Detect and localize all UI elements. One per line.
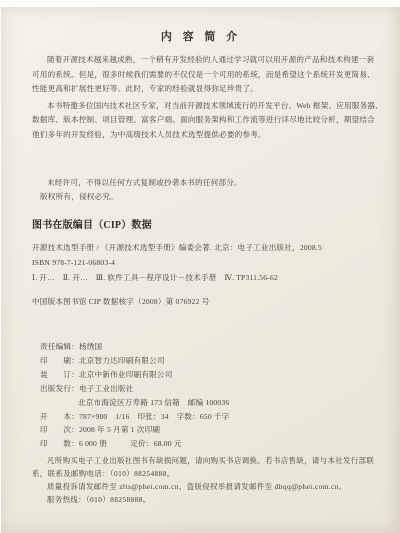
colophon-row: 责任编辑：杨绣国 xyxy=(40,340,370,354)
intro-paragraph-2: 本书特邀多位国内技术社区专家，对当前开源技术领域流行的开发平台、Web 框架、应… xyxy=(32,99,370,143)
colophon-row: 开 本：787×980 1/16 印张：34 字数：650 千字 xyxy=(40,410,370,424)
colophon-row: 印 次：2008 年 5 月第 1 次印刷 xyxy=(40,423,370,437)
colophon-value: 北京市海淀区万寿路 173 信箱 邮编 100036 xyxy=(78,398,229,407)
intro-paragraph-1: 随着开源技术越来越成熟，一个稍有开发经验的人通过学习就可以用开源的产品和技术构建… xyxy=(32,53,370,97)
colophon-row: 印 刷：北京智力达印刷有限公司 xyxy=(40,354,370,368)
text-line: 他们多年的开发经验，为中高级技术人员技术选型提供必要的参考。 xyxy=(32,128,370,143)
colophon-row-address: 北京市海淀区万寿路 173 信箱 邮编 100036 xyxy=(40,396,370,410)
footer-line: 服务热线：（010）88258888。 xyxy=(32,493,370,506)
scanned-book-page: 内 容 简 介 随着开源技术越来越成熟，一个稍有开发经验的人通过学习就可以用开源… xyxy=(0,0,400,533)
colophon-label: 开 本： xyxy=(40,410,79,424)
colophon-value: 杨绣国 xyxy=(79,342,102,351)
colophon-value: 2008 年 5 月第 1 次印刷 xyxy=(79,425,160,434)
page-content: 内 容 简 介 随着开源技术越来越成熟，一个稍有开发经验的人通过学习就可以用开源… xyxy=(0,7,400,533)
cip-heading: 图书在版编目（CIP）数据 xyxy=(32,219,370,233)
colophon-row: 印 数：6 000 册 定价：68.00 元 xyxy=(40,437,370,451)
colophon-value: 北京智力达印刷有限公司 xyxy=(79,356,165,365)
text-line: 性能更高和扩展性更好等。此时，专家的经验就显得弥足珍贵了。 xyxy=(32,82,370,97)
purchase-service-note: 凡所购买电子工业出版社图书有缺损问题，请向购买书店调换。若书店售缺，请与本社发行… xyxy=(32,454,370,506)
text-line: 本书特邀多位国内技术社区专家，对当前开源技术领域流行的开发平台、Web 框架、应… xyxy=(32,99,370,114)
text-line: 可用的系统。但是，很多时候我们需要的不仅仅是一个可用的系统，而是希望这个系统开发… xyxy=(32,68,370,83)
colophon-label: 装 订： xyxy=(40,368,79,382)
colophon-label: 印 刷： xyxy=(40,354,79,368)
colophon-label: 出版发行： xyxy=(40,382,79,396)
footer-line: 凡所购买电子工业出版社图书有缺损问题，请向购买书店调换。若书店售缺，请与本社发行… xyxy=(32,454,370,467)
colophon-label: 印 次： xyxy=(40,423,79,437)
colophon-label: 印 数： xyxy=(40,437,79,451)
footer-line: 质量投诉请发邮件至 zlts@phei.com.cn，盗版侵权举报请发邮件至 d… xyxy=(32,480,370,493)
cip-data-block: 开源技术选型手册 / 《开源技术选型手册》编委会著. 北京：电子工业出版社，20… xyxy=(32,240,370,285)
copyright-notice-line: 未经许可，不得以任何方式复制或抄袭本书的任何部分。 xyxy=(32,176,370,190)
copyright-notice-line: 版权所有，侵权必究。 xyxy=(32,190,370,204)
intro-section-title: 内 容 简 介 xyxy=(32,31,370,44)
colophon-row: 装 订：北京中新伟业印刷有限公司 xyxy=(40,368,370,382)
colophon-value: 6 000 册 定价：68.00 元 xyxy=(79,439,182,448)
colophon-label: 责任编辑： xyxy=(40,340,79,354)
copyright-notice: 未经许可，不得以任何方式复制或抄袭本书的任何部分。 版权所有，侵权必究。 xyxy=(32,176,370,204)
footer-line: 系，联系及邮购电话：（010）88254888。 xyxy=(32,467,370,480)
colophon-value: 电子工业出版社 xyxy=(79,384,134,393)
colophon-row: 出版发行：电子工业出版社 xyxy=(40,382,370,396)
colophon-value: 北京中新伟业印刷有限公司 xyxy=(79,370,173,379)
colophon-block: 责任编辑：杨绣国 印 刷：北京智力达印刷有限公司 装 订：北京中新伟业印刷有限公… xyxy=(40,340,370,451)
colophon-value: 787×980 1/16 印张：34 字数：650 千字 xyxy=(79,412,230,421)
text-line: 随着开源技术越来越成熟，一个稍有开发经验的人通过学习就可以用开源的产品和技术构建… xyxy=(32,53,370,68)
text-line: 数据库、版本控制、项目管理、富客户端、面向服务架构和工作流等进行详尽地比较分析，… xyxy=(32,113,370,128)
cip-isbn-line: ISBN 978-7-121-06803-4 xyxy=(32,255,370,270)
cip-classification-line: Ⅰ. 开… Ⅱ. 开… Ⅲ. 软件工具－程序设计－技术手册 Ⅳ. TP311.5… xyxy=(32,270,370,285)
cip-registration-line: 中国版本图书馆 CIP 数据核字（2008）第 076922 号 xyxy=(32,295,370,309)
cip-entry-line: 开源技术选型手册 / 《开源技术选型手册》编委会著. 北京：电子工业出版社，20… xyxy=(32,240,370,255)
